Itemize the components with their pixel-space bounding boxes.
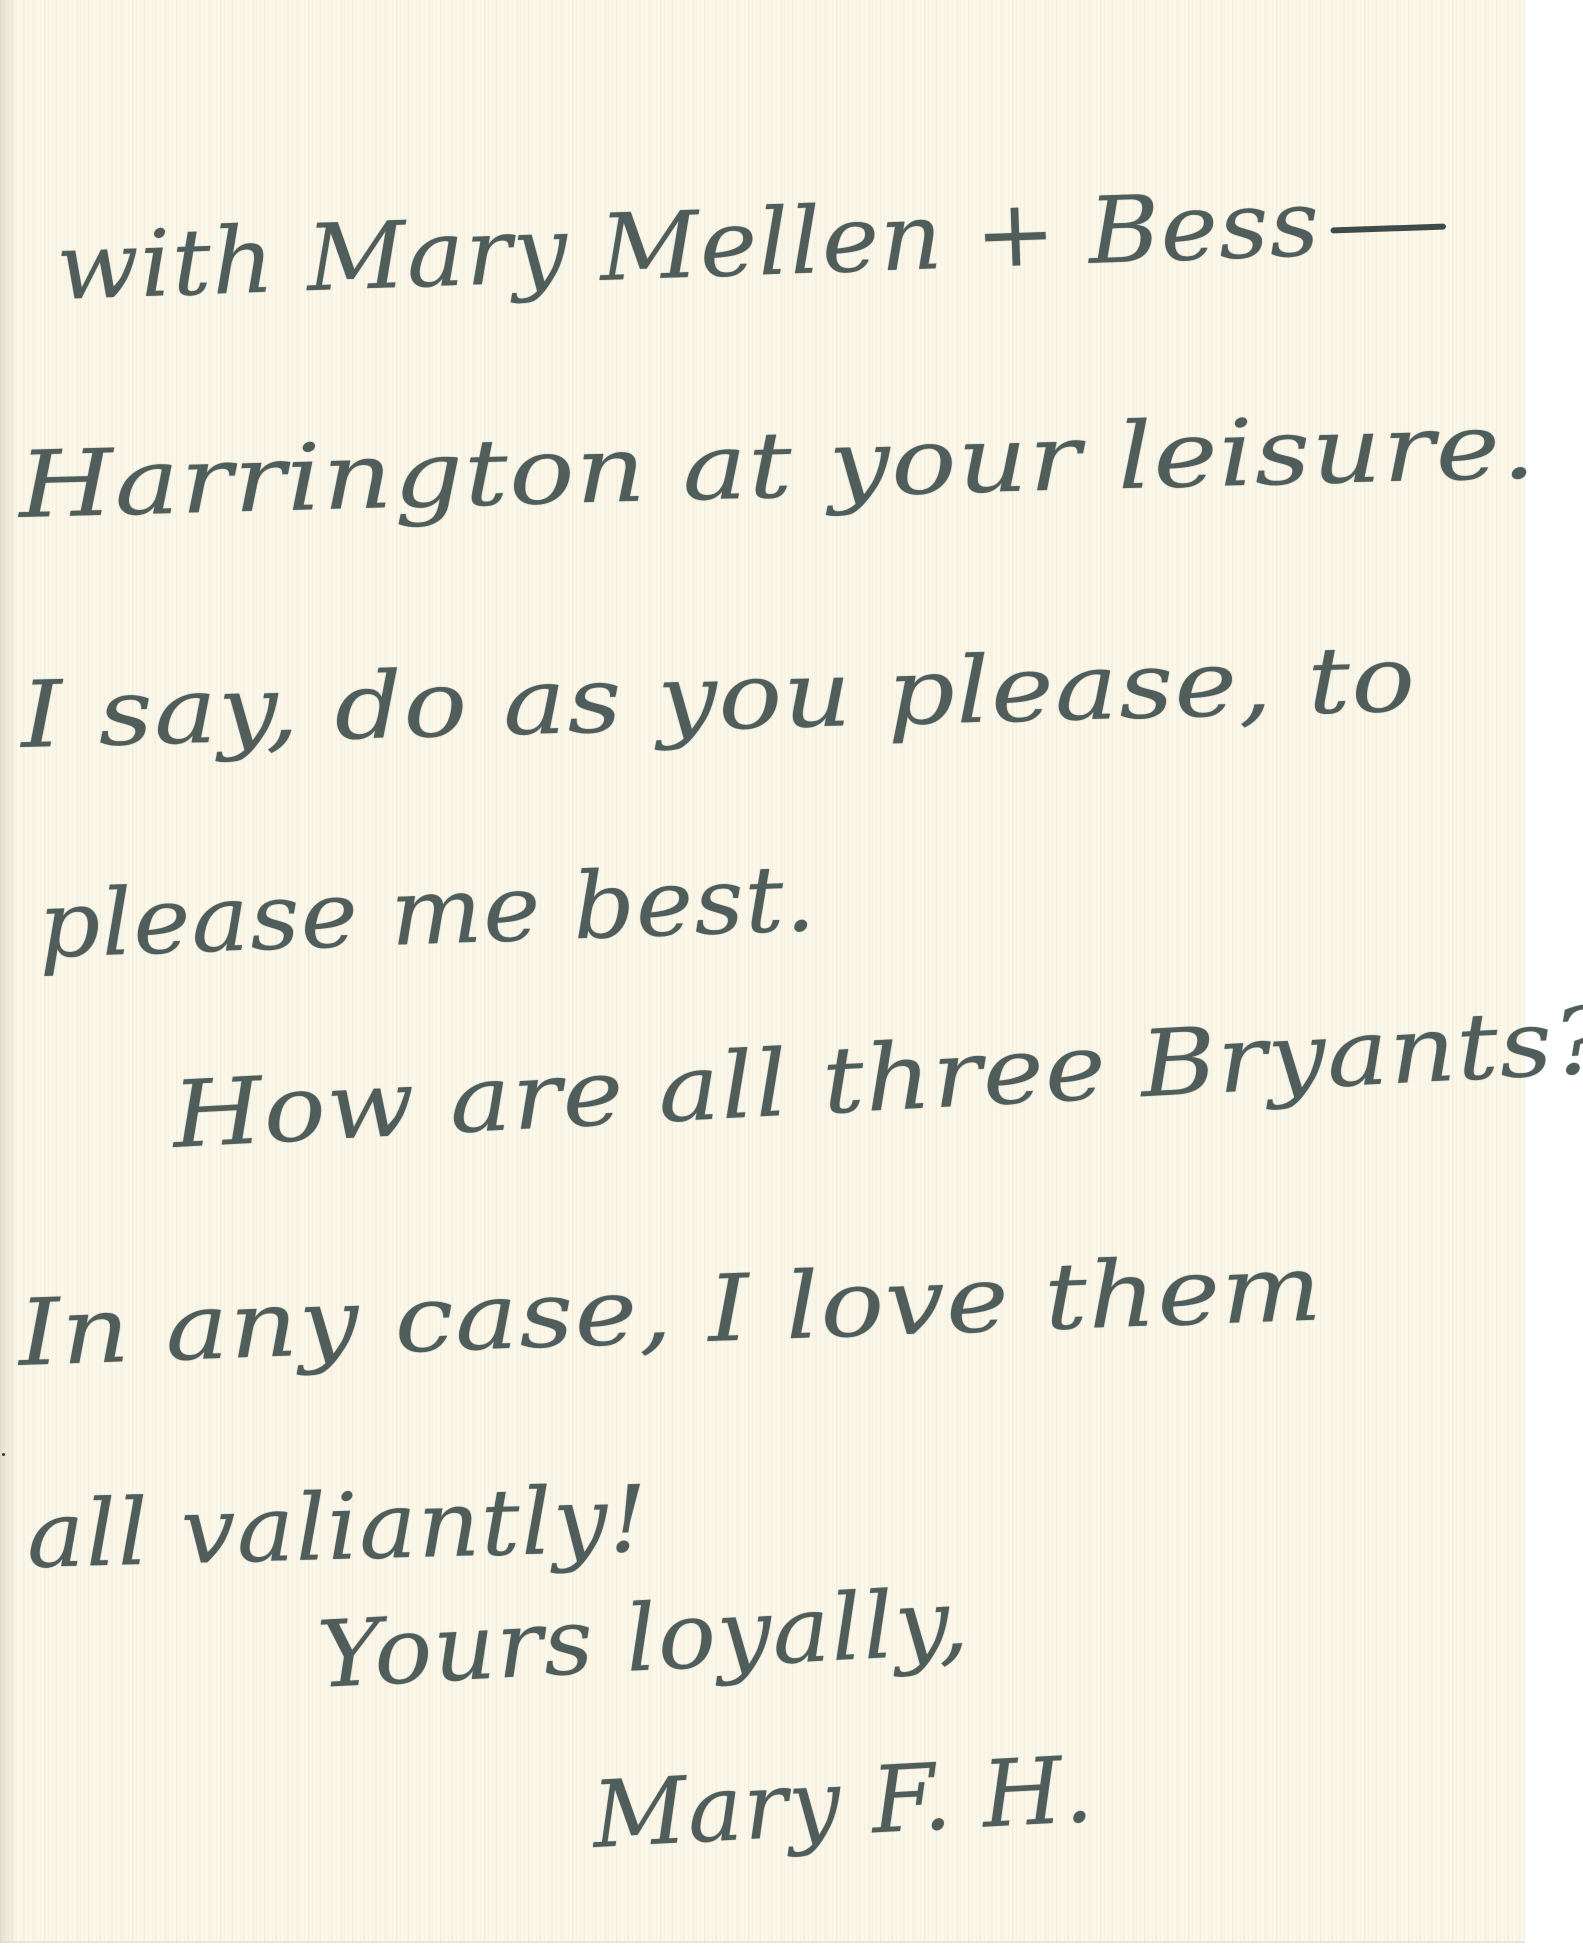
letter-closing: Yours loyally, [315,1576,971,1702]
letter-page: with Mary Mellen + Bess Harrington at yo… [0,0,1525,1943]
dash-stroke [1331,224,1447,234]
letter-line-6: In any case, I love them [17,1243,1324,1380]
letter-line-1: with Mary Mellen + Bess [55,174,1448,314]
ink-speck [2,1453,5,1456]
letter-line-7: all valiantly! [26,1474,650,1582]
letter-line-2: Harrington at your leisure. [18,400,1538,532]
letter-signature: Mary F. H. [590,1744,1096,1862]
letter-line-4: please me best. [37,853,818,972]
letter-line-5: How are all three Bryants? [170,995,1583,1162]
letter-line-3: I say, do as you please, to [20,633,1418,762]
letter-line-1-text: with Mary Mellen + Bess [55,170,1322,321]
